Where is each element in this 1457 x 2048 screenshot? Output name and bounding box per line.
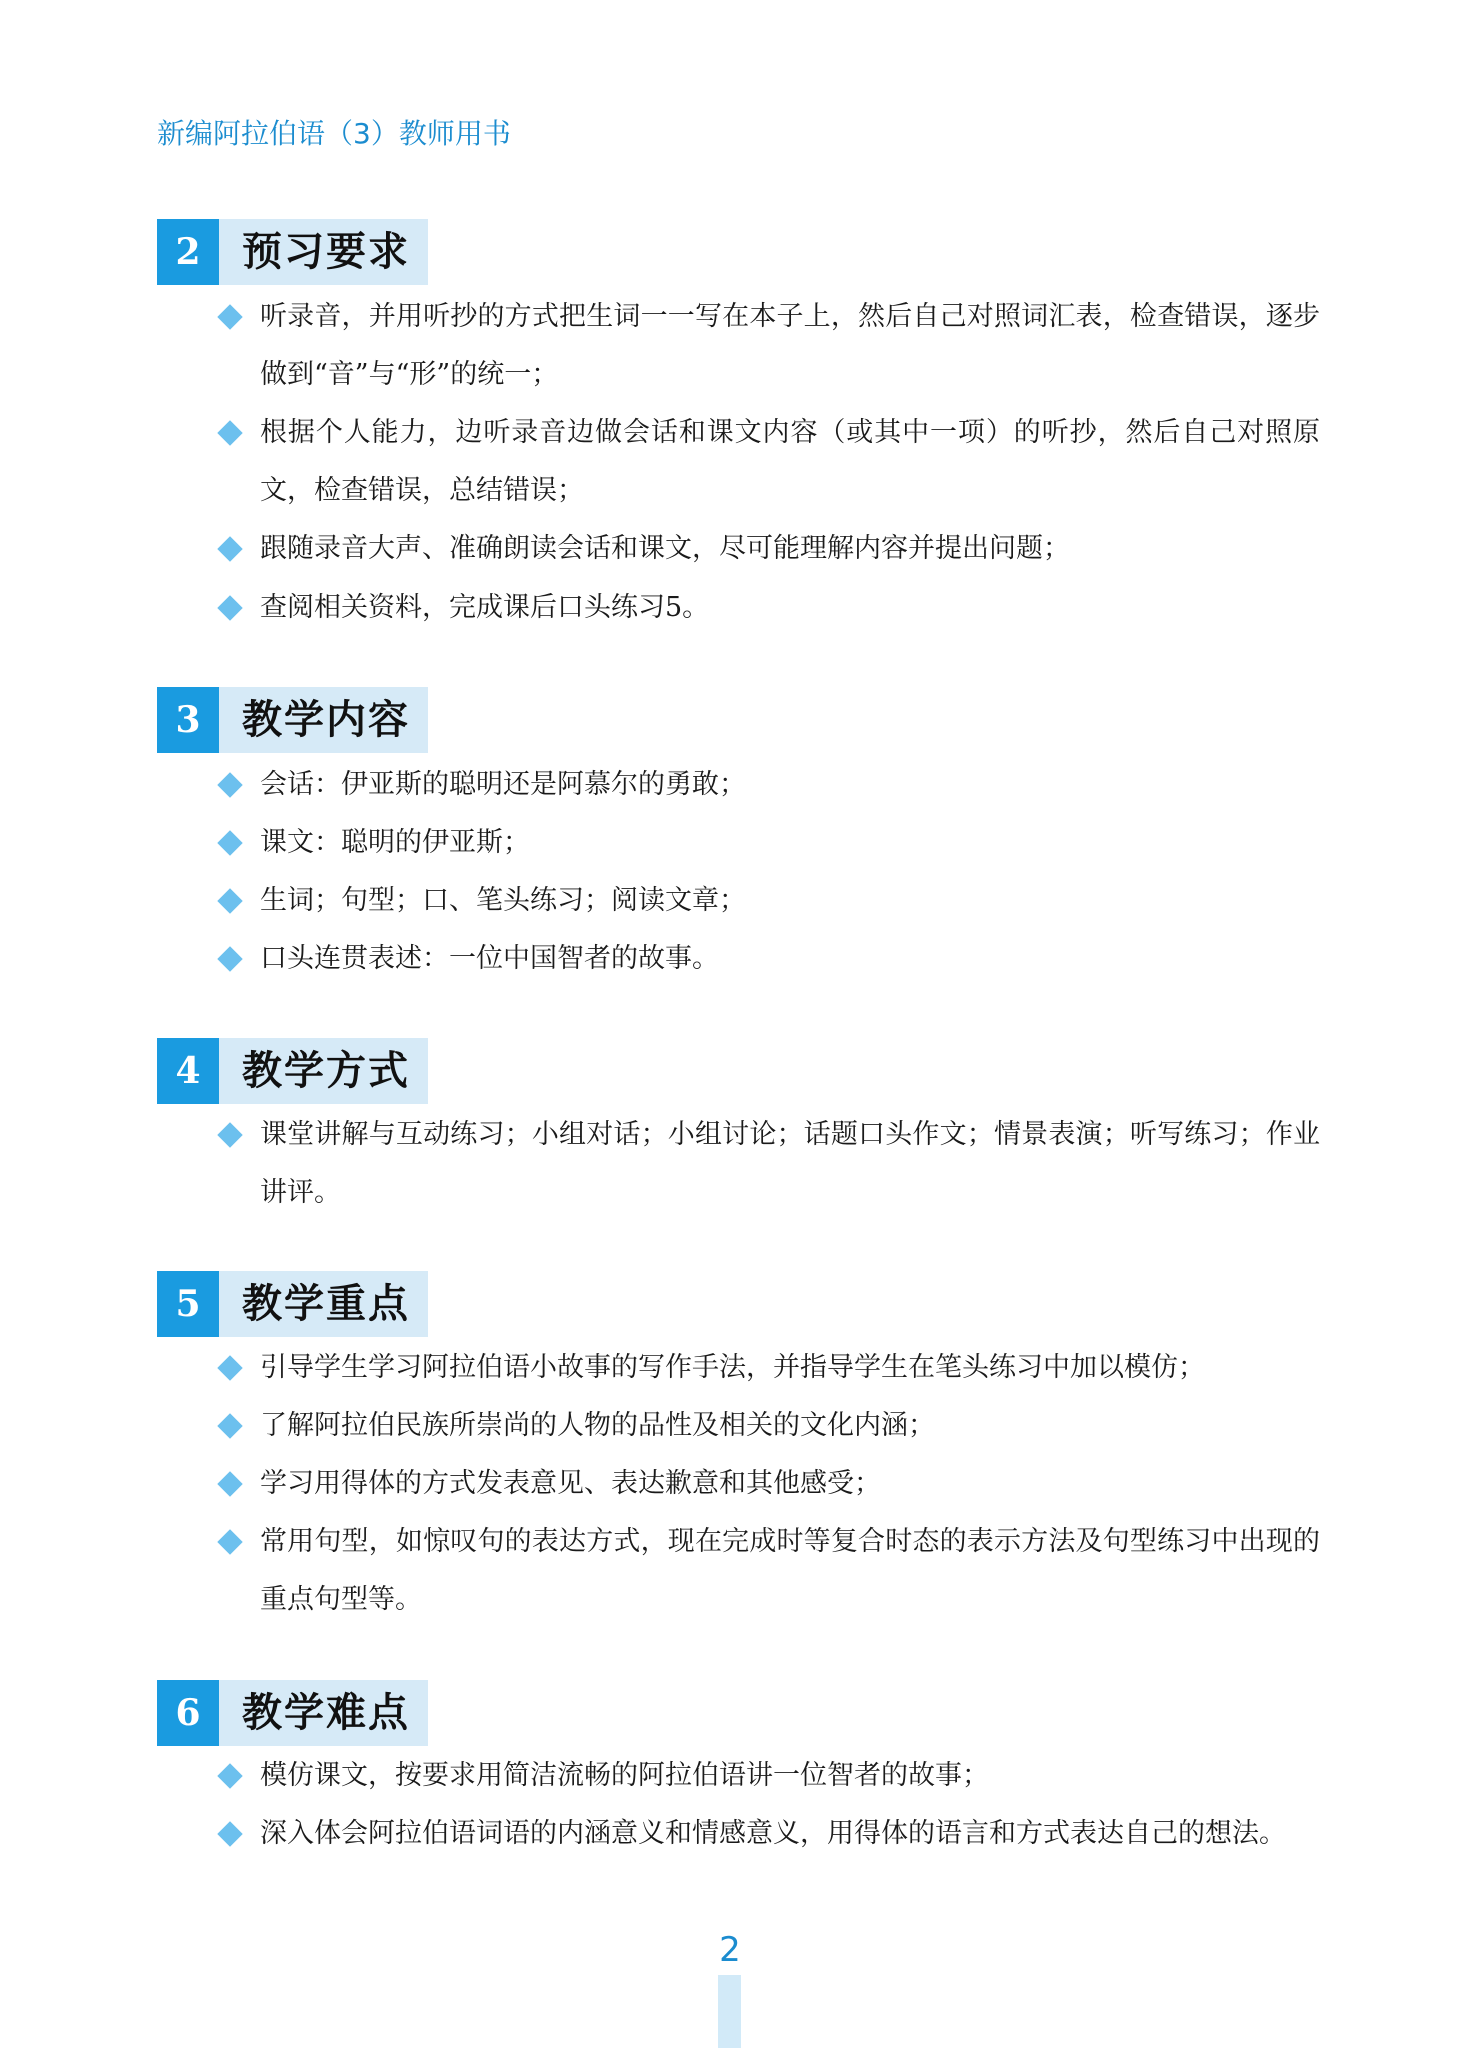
diamond-bullet-icon	[217, 1355, 242, 1380]
diamond-bullet-icon	[217, 304, 242, 329]
list-item-text: 课堂讲解与互动练习；小组对话；小组讨论；话题口头作文；情景表演；听写练习；作业讲…	[260, 1106, 1320, 1222]
section-title: 教学内容	[242, 687, 410, 753]
diamond-bullet-icon	[217, 888, 242, 913]
list-item-text: 根据个人能力，边听录音边做会话和课文内容（或其中一项）的听抄，然后自己对照原文，…	[260, 404, 1320, 520]
diamond-bullet-icon	[217, 1821, 242, 1846]
diamond-bullet-icon	[217, 946, 242, 971]
section-title: 教学难点	[242, 1680, 410, 1746]
running-head: 新编阿拉伯语（3）教师用书	[157, 112, 511, 152]
section-header-6: 6 教学难点	[157, 1680, 428, 1746]
list-item-text: 查阅相关资料，完成课后口头练习5。	[260, 579, 1320, 637]
list-item-text: 了解阿拉伯民族所崇尚的人物的品性及相关的文化内涵；	[260, 1397, 1320, 1455]
section-header-5: 5 教学重点	[157, 1271, 428, 1337]
diamond-bullet-icon	[217, 772, 242, 797]
section-number: 6	[157, 1680, 219, 1746]
diamond-bullet-icon	[217, 595, 242, 620]
section-header-4: 4 教学方式	[157, 1038, 428, 1104]
section-header-3: 3 教学内容	[157, 687, 428, 753]
section-header-2: 2 预习要求	[157, 219, 428, 285]
list-item-text: 深入体会阿拉伯语词语的内涵意义和情感意义，用得体的语言和方式表达自己的想法。	[260, 1805, 1320, 1863]
list-item-text: 跟随录音大声、准确朗读会话和课文，尽可能理解内容并提出问题；	[260, 520, 1320, 578]
page-tab-bar	[718, 1975, 741, 2048]
diamond-bullet-icon	[217, 830, 242, 855]
section-title: 教学重点	[242, 1271, 410, 1337]
list-item-text: 生词；句型；口、笔头练习；阅读文章；	[260, 872, 1320, 930]
diamond-bullet-icon	[217, 1413, 242, 1438]
diamond-bullet-icon	[217, 1471, 242, 1496]
diamond-bullet-icon	[217, 1763, 242, 1788]
list-item-text: 课文：聪明的伊亚斯；	[260, 814, 1320, 872]
list-item-text: 听录音，并用听抄的方式把生词一一写在本子上，然后自己对照词汇表，检查错误，逐步做…	[260, 288, 1320, 404]
section-title: 预习要求	[242, 219, 410, 285]
diamond-bullet-icon	[217, 1529, 242, 1554]
diamond-bullet-icon	[217, 536, 242, 561]
list-item-text: 引导学生学习阿拉伯语小故事的写作手法，并指导学生在笔头练习中加以模仿；	[260, 1339, 1320, 1397]
list-item-text: 学习用得体的方式发表意见、表达歉意和其他感受；	[260, 1455, 1320, 1513]
list-item-text: 口头连贯表述：一位中国智者的故事。	[260, 930, 1320, 988]
section-number: 5	[157, 1271, 219, 1337]
list-item-text: 常用句型，如惊叹句的表达方式，现在完成时等复合时态的表示方法及句型练习中出现的重…	[260, 1513, 1320, 1629]
list-item-text: 模仿课文，按要求用简洁流畅的阿拉伯语讲一位智者的故事；	[260, 1747, 1320, 1805]
list-item-text: 会话：伊亚斯的聪明还是阿慕尔的勇敢；	[260, 756, 1320, 814]
diamond-bullet-icon	[217, 1122, 242, 1147]
section-number: 2	[157, 219, 219, 285]
page-number: 2	[700, 1930, 760, 1970]
section-title: 教学方式	[242, 1038, 410, 1104]
section-number: 4	[157, 1038, 219, 1104]
diamond-bullet-icon	[217, 420, 242, 445]
section-number: 3	[157, 687, 219, 753]
